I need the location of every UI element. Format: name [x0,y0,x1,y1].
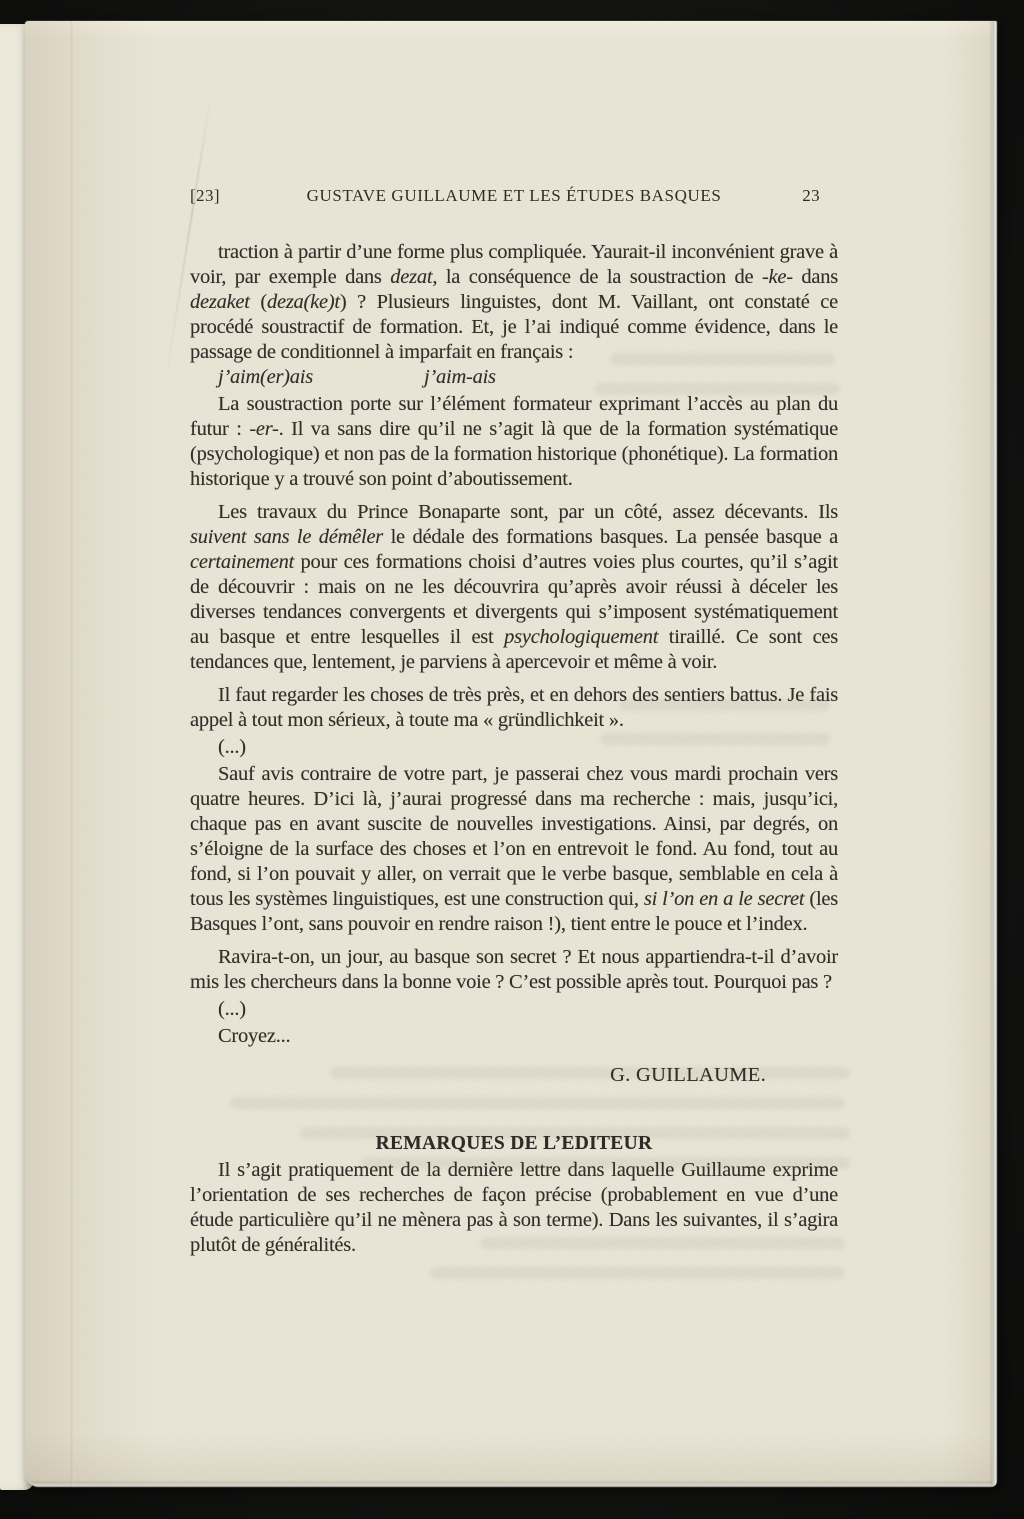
letter-paragraph-3: Les travaux du Prince Bonaparte sont, pa… [190,500,838,675]
book-page: [23] GUSTAVE GUILLAUME ET LES ÉTUDES BAS… [25,21,997,1487]
letter-paragraph-4: Il faut regarder les choses de très près… [190,683,838,733]
bleed-through-text [430,1267,845,1279]
ellipsis-marker-1: (...) [190,735,838,760]
running-head: [23] GUSTAVE GUILLAUME ET LES ÉTUDES BAS… [190,186,838,206]
signature: G. GUILLAUME. [190,1063,838,1088]
left-bracket-folio: [23] [190,186,260,206]
page-number: 23 [768,186,838,206]
letter-paragraph-5: Sauf avis contraire de votre part, je pa… [190,762,838,937]
conjugation-example-line: j’aim(er)aisj’aim-ais [218,365,838,390]
running-title: GUSTAVE GUILLAUME ET LES ÉTUDES BASQUES [260,186,768,206]
spine-crease [71,21,74,1487]
letter-paragraph-1: traction à partir d’une forme plus compl… [190,240,838,365]
ellipsis-marker-2: (...) [190,997,838,1022]
photograph-black-backdrop: [23] GUSTAVE GUILLAUME ET LES ÉTUDES BAS… [0,0,1024,1519]
letter-paragraph-2: La soustraction porte sur l’élément form… [190,392,838,492]
editor-paragraph: Il s’agit pratiquement de la dernière le… [190,1158,838,1258]
closing-line: Croyez... [190,1024,838,1049]
editor-remarks-heading: REMARQUES DE L’EDITEUR [190,1132,838,1156]
text-column: [23] GUSTAVE GUILLAUME ET LES ÉTUDES BAS… [190,21,838,1258]
conjugation-example-right: j’aim-ais [424,366,496,388]
letter-paragraph-6: Ravira-t-on, un jour, au basque son secr… [190,945,838,995]
conjugation-example-left: j’aim(er)ais [218,365,424,390]
